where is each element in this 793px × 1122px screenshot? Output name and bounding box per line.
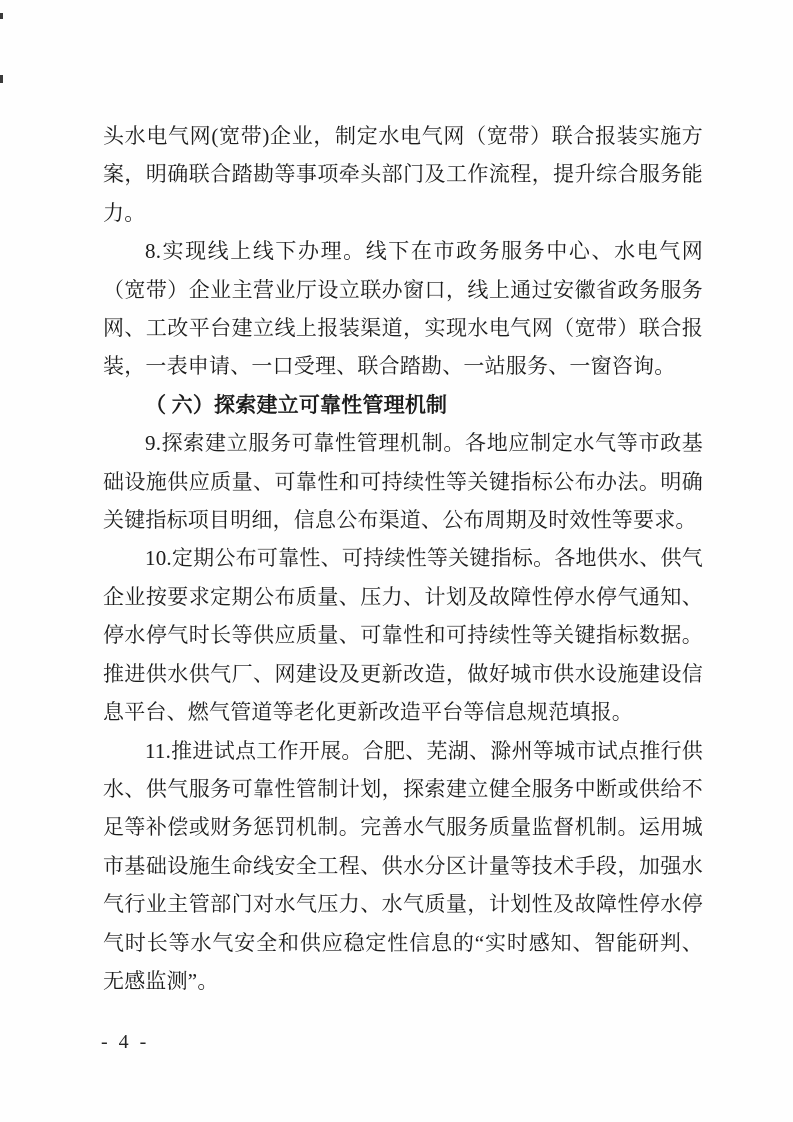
page-number: - 4 - — [101, 1031, 149, 1054]
paragraph-item-10: 10.定期公布可靠性、可持续性等关键指标。各地供水、供气企业按要求定期公布质量、… — [103, 539, 703, 731]
section-heading-6: （ 六）探索建立可靠性管理机制 — [103, 386, 703, 424]
paragraph-continuation: 头水电气网(宽带)企业，制定水电气网（宽带）联合报装实施方案，明确联合踏勘等事项… — [103, 117, 703, 232]
document-page: 头水电气网(宽带)企业，制定水电气网（宽带）联合报装实施方案，明确联合踏勘等事项… — [0, 0, 793, 1122]
paragraph-item-9: 9.探索建立服务可靠性管理机制。各地应制定水气等市政基础设施供应质量、可靠性和可… — [103, 424, 703, 539]
scan-artifact — [0, 75, 3, 83]
scan-artifact — [0, 13, 3, 19]
document-body: 头水电气网(宽带)企业，制定水电气网（宽带）联合报装实施方案，明确联合踏勘等事项… — [103, 117, 703, 1000]
paragraph-item-8: 8.实现线上线下办理。线下在市政务服务中心、水电气网（宽带）企业主营业厅设立联办… — [103, 232, 703, 386]
paragraph-item-11: 11.推进试点工作开展。合肥、芜湖、滁州等城市试点推行供水、供气服务可靠性管制计… — [103, 732, 703, 1001]
